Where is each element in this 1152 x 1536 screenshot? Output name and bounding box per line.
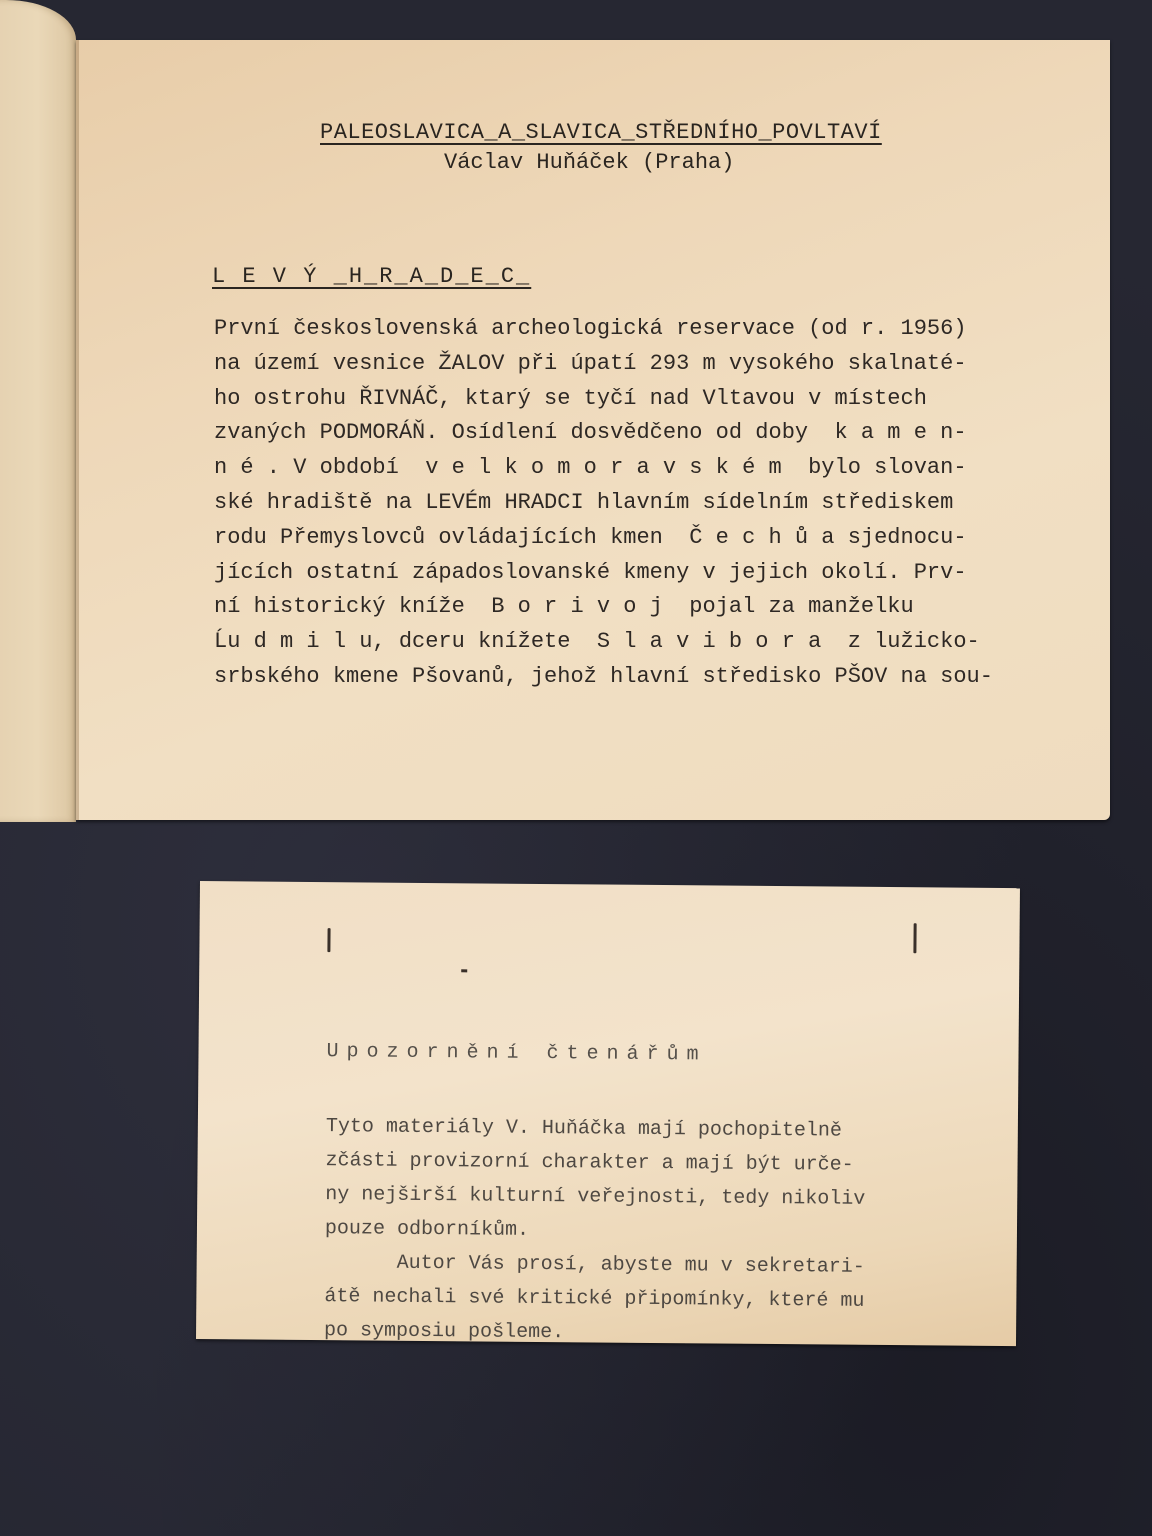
text-line: n é . V období v e l k o m o r a v s k é… (214, 451, 1094, 486)
card-body-text: Tyto materiály V. Huňáčka mají pochopite… (324, 1110, 866, 1353)
text-line: po symposiu pošleme. (324, 1314, 864, 1353)
margin-tick-mark (327, 928, 330, 952)
document-title: PALEOSLAVICA_A_SLAVICA_STŘEDNÍHO_POVLTAV… (320, 120, 882, 145)
text-line: Autor Vás prosí, abyste mu v sekretari- (325, 1246, 865, 1285)
booklet-page: PALEOSLAVICA_A_SLAVICA_STŘEDNÍHO_POVLTAV… (76, 40, 1110, 820)
text-line: srbského kmene Pšovanů, jehož hlavní stř… (214, 660, 1094, 695)
margin-tick-mark (913, 923, 916, 953)
booklet-left-page-fold (0, 0, 76, 822)
document-author: Václav Huňáček (Praha) (444, 150, 734, 175)
text-line: zčásti provizorní charakter a mají být u… (325, 1144, 865, 1183)
text-line: zvaných PODMORÁŇ. Osídlení dosvědčeno od… (214, 416, 1094, 451)
text-line: pouze odborníkům. (325, 1212, 865, 1251)
text-line: jících ostatní západoslovanské kmeny v j… (214, 556, 1094, 591)
body-text: První československá archeologická reser… (214, 312, 1094, 695)
text-line: ní historický kníže B o r i v o j pojal … (214, 590, 1094, 625)
text-line: Tyto materiály V. Huňáčka mají pochopite… (326, 1110, 866, 1149)
text-line: ské hradiště na LEVÉm HRADCI hlavním síd… (214, 486, 1094, 521)
text-line: Ĺu d m i l u, dceru knížete S l a v i b … (214, 625, 1094, 660)
text-line: átě nechali své kritické připomínky, kte… (324, 1280, 864, 1319)
card-heading: Upozornění čtenářům (326, 1040, 706, 1066)
text-line: ho ostrohu ŘIVNÁČ, ktarý se tyčí nad Vlt… (214, 382, 1094, 417)
section-heading: L E V Ý _H_R_A_D_E_C_ (212, 264, 531, 289)
notice-card: Upozornění čtenářům Tyto materiály V. Hu… (196, 881, 1020, 1346)
text-line: rodu Přemyslovců ovládajících kmen Č e c… (214, 521, 1094, 556)
text-line: ny nejširší kulturní veřejnosti, tedy ni… (325, 1178, 865, 1217)
text-line: První československá archeologická reser… (214, 312, 1094, 347)
text-line: na území vesnice ŽALOV při úpatí 293 m v… (214, 347, 1094, 382)
ink-speck (461, 969, 467, 972)
booklet: PALEOSLAVICA_A_SLAVICA_STŘEDNÍHO_POVLTAV… (0, 0, 1152, 830)
